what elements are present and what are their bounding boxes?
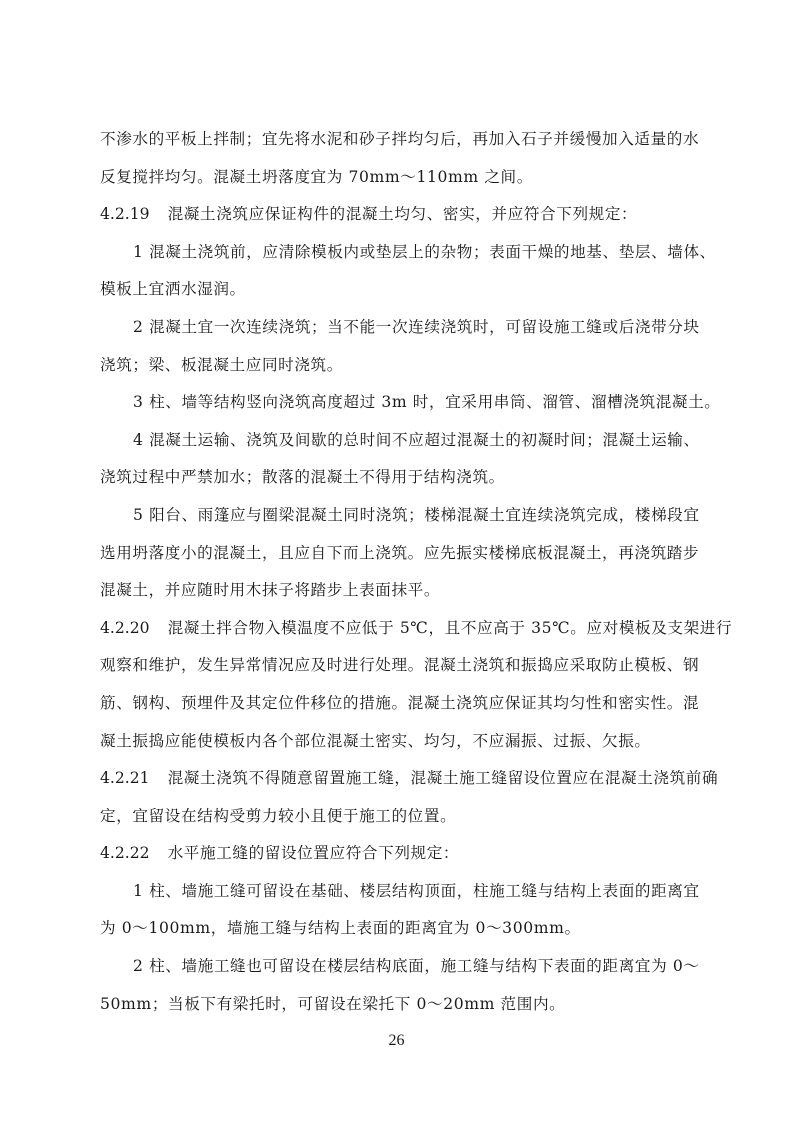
text-line: 4.2.19混凝土浇筑应保证构件的混凝土均匀、密实，并应符合下列规定： — [100, 196, 696, 234]
text-line: 不渗水的平板上拌制；宜先将水泥和砂子拌均匀后，再加入石子并缓慢加入适量的水 — [100, 121, 696, 159]
text-line: 凝土振捣应能使模板内各个部位混凝土密实、均匀，不应漏振、过振、欠振。 — [100, 723, 696, 761]
list-item-4-2-22-2: 2 柱、墙施工缝也可留设在楼层结构底面，施工缝与结构下表面的距离宜为 0～ 50… — [100, 948, 696, 1023]
text-line: 1 混凝土浇筑前，应清除模板内或垫层上的杂物；表面干燥的地基、垫层、墙体、 — [100, 234, 696, 272]
clause-text: 混凝土拌合物入模温度不应低于 5℃，且不应高于 35℃。应对模板及支架进行 — [168, 619, 733, 637]
text-line: 反复搅拌均匀。混凝土坍落度宜为 70mm～110mm 之间。 — [100, 159, 696, 197]
text-line: 3 柱、墙等结构竖向浇筑高度超过 3m 时，宜采用串筒、溜管、溜槽浇筑混凝土。 — [100, 384, 696, 422]
text-line: 4.2.20混凝土拌合物入模温度不应低于 5℃，且不应高于 35℃。应对模板及支… — [100, 610, 696, 648]
clause-number: 4.2.21 — [100, 760, 150, 798]
clause-number: 4.2.22 — [100, 835, 150, 873]
text-line: 模板上宜洒水湿润。 — [100, 271, 696, 309]
text-line: 4 混凝土运输、浇筑及间歇的总时间不应超过混凝土的初凝时间；混凝土运输、 — [100, 422, 696, 460]
text-line: 定，宜留设在结构受剪力较小且便于施工的位置。 — [100, 798, 696, 836]
text-line: 筋、钢构、预埋件及其定位件移位的措施。混凝土浇筑应保证其均匀性和密实性。混 — [100, 685, 696, 723]
list-item-4-2-19-3: 3 柱、墙等结构竖向浇筑高度超过 3m 时，宜采用串筒、溜管、溜槽浇筑混凝土。 — [100, 384, 696, 422]
document-page: 不渗水的平板上拌制；宜先将水泥和砂子拌均匀后，再加入石子并缓慢加入适量的水 反复… — [100, 121, 696, 1023]
paragraph-continuation: 不渗水的平板上拌制；宜先将水泥和砂子拌均匀后，再加入石子并缓慢加入适量的水 反复… — [100, 121, 696, 196]
text-line: 2 柱、墙施工缝也可留设在楼层结构底面，施工缝与结构下表面的距离宜为 0～ — [100, 948, 696, 986]
clause-4-2-20: 4.2.20混凝土拌合物入模温度不应低于 5℃，且不应高于 35℃。应对模板及支… — [100, 610, 696, 760]
list-item-4-2-19-4: 4 混凝土运输、浇筑及间歇的总时间不应超过混凝土的初凝时间；混凝土运输、 浇筑过… — [100, 422, 696, 497]
text-line: 2 混凝土宜一次连续浇筑；当不能一次连续浇筑时，可留设施工缝或后浇带分块 — [100, 309, 696, 347]
clause-4-2-21: 4.2.21混凝土浇筑不得随意留置施工缝，混凝土施工缝留设位置应在混凝土浇筑前确… — [100, 760, 696, 835]
text-line: 浇筑过程中严禁加水；散落的混凝土不得用于结构浇筑。 — [100, 459, 696, 497]
clause-text: 混凝土浇筑应保证构件的混凝土均匀、密实，并应符合下列规定： — [168, 205, 638, 223]
clause-text: 水平施工缝的留设位置应符合下列规定： — [168, 844, 460, 862]
clause-number: 4.2.20 — [100, 610, 150, 648]
list-item-4-2-19-2: 2 混凝土宜一次连续浇筑；当不能一次连续浇筑时，可留设施工缝或后浇带分块 浇筑；… — [100, 309, 696, 384]
clause-4-2-22: 4.2.22水平施工缝的留设位置应符合下列规定： — [100, 835, 696, 873]
text-line: 5 阳台、雨篷应与圈梁混凝土同时浇筑；楼梯混凝土宜连续浇筑完成，楼梯段宜 — [100, 497, 696, 535]
clause-number: 4.2.19 — [100, 196, 150, 234]
text-line: 1 柱、墙施工缝可留设在基础、楼层结构顶面，柱施工缝与结构上表面的距离宜 — [100, 873, 696, 911]
clause-4-2-19: 4.2.19混凝土浇筑应保证构件的混凝土均匀、密实，并应符合下列规定： — [100, 196, 696, 234]
clause-text: 混凝土浇筑不得随意留置施工缝，混凝土施工缝留设位置应在混凝土浇筑前确 — [168, 769, 719, 787]
text-line: 4.2.21混凝土浇筑不得随意留置施工缝，混凝土施工缝留设位置应在混凝土浇筑前确 — [100, 760, 696, 798]
text-line: 混凝土，并应随时用木抹子将踏步上表面抹平。 — [100, 572, 696, 610]
text-line: 观察和维护，发生异常情况应及时进行处理。混凝土浇筑和振捣应采取防止模板、钢 — [100, 647, 696, 685]
text-line: 选用坍落度小的混凝土，且应自下而上浇筑。应先振实楼梯底板混凝土，再浇筑踏步 — [100, 535, 696, 573]
list-item-4-2-22-1: 1 柱、墙施工缝可留设在基础、楼层结构顶面，柱施工缝与结构上表面的距离宜 为 0… — [100, 873, 696, 948]
list-item-4-2-19-1: 1 混凝土浇筑前，应清除模板内或垫层上的杂物；表面干燥的地基、垫层、墙体、 模板… — [100, 234, 696, 309]
text-line: 浇筑；梁、板混凝土应同时浇筑。 — [100, 347, 696, 385]
text-line: 为 0～100mm，墙施工缝与结构上表面的距离宜为 0～300mm。 — [100, 910, 696, 948]
page-number: 26 — [0, 1032, 793, 1050]
text-line: 50mm；当板下有梁托时，可留设在梁托下 0～20mm 范围内。 — [100, 986, 696, 1024]
list-item-4-2-19-5: 5 阳台、雨篷应与圈梁混凝土同时浇筑；楼梯混凝土宜连续浇筑完成，楼梯段宜 选用坍… — [100, 497, 696, 610]
text-line: 4.2.22水平施工缝的留设位置应符合下列规定： — [100, 835, 696, 873]
